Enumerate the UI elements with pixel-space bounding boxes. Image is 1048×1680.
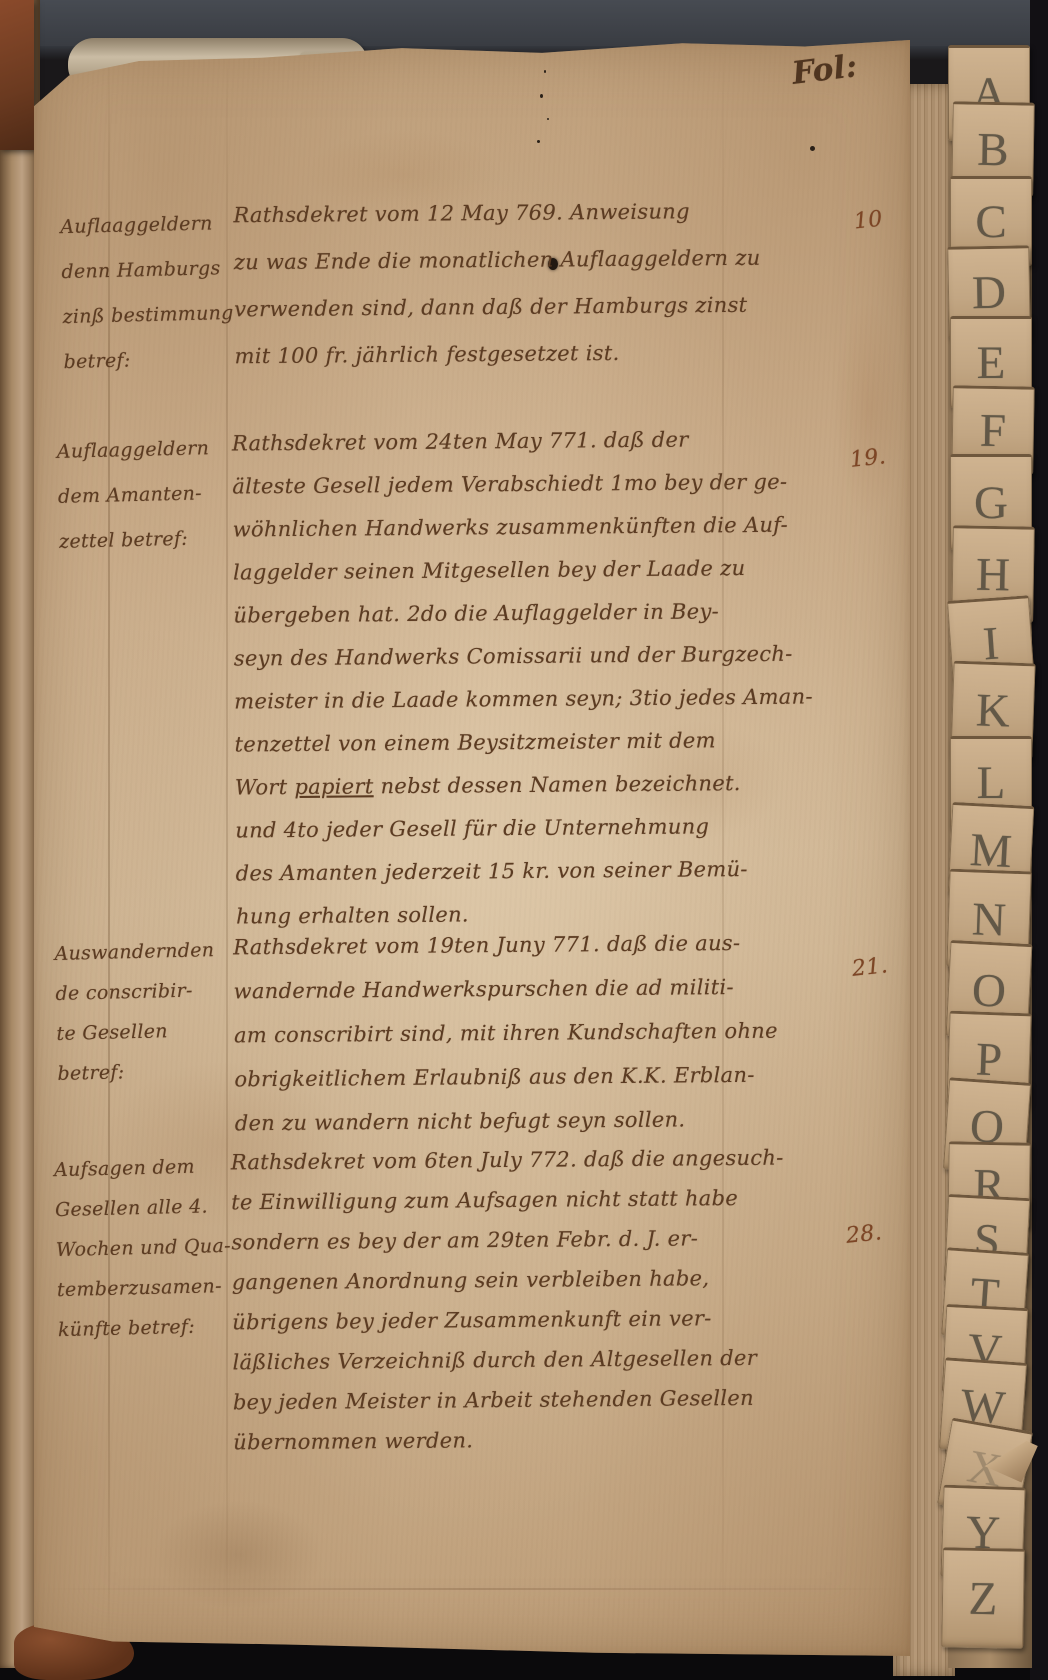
entry-body-line: zu was Ende die monatlichen Auflaaggelde… — [234, 235, 761, 287]
entry-body-line: übernommen werden. — [233, 1418, 786, 1463]
paper-stain — [154, 1500, 324, 1610]
tab-letter: B — [977, 123, 1009, 178]
margin-heading-line: Wochen und Qua- — [56, 1226, 232, 1270]
margin-heading-line: Auswandernden — [54, 930, 215, 974]
entry-body-line: Rathsdekret vom 24ten May 771. daß der — [232, 417, 811, 465]
entry-body-line: gangenen Anordnung sein verbleiben habe, — [232, 1258, 785, 1303]
margin-heading-line: betref: — [63, 336, 235, 385]
margin-heading-line: zinß bestimmung — [62, 291, 234, 340]
entry-body-line: Rathsdekret vom 6ten July 772. daß die a… — [231, 1138, 784, 1183]
margin-heading-line: Gesellen alle 4. — [55, 1186, 231, 1230]
paper-stain — [834, 300, 904, 520]
entry-body-line: meister in die Laade kommen seyn; 3tio j… — [234, 675, 813, 723]
entry-body-line: des Amanten jederzeit 15 kr. von seiner … — [236, 847, 815, 895]
margin-heading-line: betref: — [57, 1050, 218, 1094]
tab-letter: E — [977, 336, 1006, 390]
entry-body-line: te Einwilligung zum Aufsagen nicht statt… — [231, 1178, 784, 1223]
tab-letter: F — [979, 404, 1006, 458]
margin-heading-line: Aufsagen dem — [54, 1146, 230, 1190]
margin-heading-line: te Gesellen — [56, 1010, 217, 1054]
ink-speck — [547, 118, 549, 120]
entry-body-line: verwenden sind, dann daß der Hamburgs zi… — [234, 282, 761, 334]
folio-number: 21. — [851, 953, 889, 982]
entry-body-line: wöhnlichen Handwerks zusammenkünften die… — [233, 503, 812, 551]
tab-letter: N — [971, 892, 1007, 947]
margin-heading-line: Auflaaggeldern — [60, 201, 232, 250]
tab-letter: O — [971, 963, 1008, 1019]
margin-heading-line: Auflaaggeldern — [56, 426, 209, 475]
entry-body-line: seyn des Handwerks Comissarii und der Bu… — [234, 632, 813, 680]
tab-letter: K — [975, 683, 1011, 738]
tab-letter: D — [972, 266, 1007, 321]
ink-speck — [539, 48, 542, 51]
entry-body-line: wandernde Handwerkspurschen die ad milit… — [233, 965, 777, 1014]
folio-label: Fol: — [790, 48, 859, 92]
tab-letter: L — [977, 756, 1006, 810]
tab-letter: H — [976, 548, 1011, 603]
entry-body-line: sondern es bey der am 29ten Febr. d. J. … — [231, 1218, 784, 1263]
margin-heading-line: temberzusamen- — [57, 1266, 233, 1310]
entry-body-line: am conscribirt sind, mit ihren Kundschaf… — [234, 1009, 778, 1058]
ink-speck — [537, 140, 540, 143]
entry-body-line: Rathsdekret vom 19ten Juny 771. daß die … — [233, 921, 777, 970]
entry-body-line: obrigkeitlichem Erlaubniß aus den K.K. E… — [234, 1053, 778, 1102]
entry-body-line: mit 100 fr. jährlich festgesetzet ist. — [234, 329, 761, 381]
entry-body-line: bey jeden Meister in Arbeit stehenden Ge… — [233, 1378, 786, 1423]
book-photograph: Fol: Auflaaggelderndenn Hamburgszinß bes… — [0, 0, 1048, 1680]
ink-speck — [540, 94, 543, 98]
entry-body-line: älteste Gesell jedem Verabschiedt 1mo be… — [232, 460, 811, 508]
ink-speck — [544, 70, 546, 73]
folio-number: 19. — [849, 444, 887, 473]
margin-heading-line: de conscribir- — [55, 970, 216, 1014]
alphabet-tab-z: Z — [941, 1547, 1025, 1648]
tab-letter: C — [975, 195, 1006, 249]
page-crease — [34, 1588, 910, 1590]
entry-body-line: läßliches Verzeichniß durch den Altgesel… — [232, 1338, 785, 1383]
entry-body-line: Rathsdekret vom 12 May 769. Anweisung — [233, 188, 760, 240]
margin-heading-line: künfte betref: — [57, 1306, 233, 1350]
tab-letter: Z — [968, 1572, 998, 1626]
manuscript-page: Fol: Auflaaggelderndenn Hamburgszinß bes… — [34, 40, 910, 1656]
entry-body-line: und 4to jeder Gesell für die Unternehmun… — [235, 804, 814, 852]
folio-number: 28. — [845, 1220, 883, 1249]
entry-body-line: tenzettel von einem Beysitzmeister mit d… — [234, 718, 813, 766]
margin-heading-line: dem Amanten- — [57, 471, 210, 520]
entry-body-line: laggelder seinen Mitgesellen bey der Laa… — [233, 546, 812, 594]
folio-number: 10 — [853, 207, 884, 235]
background-right — [1030, 0, 1048, 1680]
tab-letter: G — [974, 476, 1008, 530]
entry-body-line: übrigens bey jeder Zusammenkunft ein ver… — [232, 1298, 785, 1343]
entry-body-line: übergeben hat. 2do die Auflaggelder in B… — [233, 589, 812, 637]
leather-corner-top — [0, 0, 34, 150]
ink-speck — [810, 146, 815, 151]
margin-heading-line: denn Hamburgs — [61, 246, 233, 295]
margin-heading-line: zettel betref: — [59, 516, 212, 565]
entry-body-line: Wort papiert nebst dessen Namen bezeichn… — [235, 761, 814, 809]
underlined-word: papiert — [294, 774, 373, 799]
